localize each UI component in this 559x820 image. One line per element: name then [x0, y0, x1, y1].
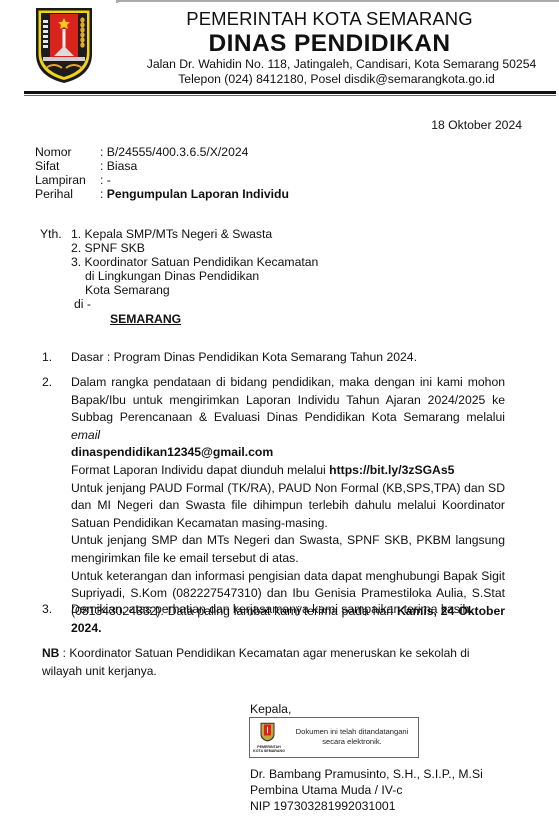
format-download-link[interactable]: https://bit.ly/3zSGAs5	[329, 463, 454, 477]
note-nb: NB : Koordinator Satuan Pendidikan Kecam…	[42, 644, 512, 680]
letterhead-contact: Telepon (024) 8412180, Posel disdik@sema…	[100, 72, 559, 87]
smp-line: Untuk jenjang SMP dan MTs Negeri dan Swa…	[71, 532, 505, 550]
email-label: email	[71, 428, 100, 442]
recipient-di: di -	[74, 297, 91, 311]
meta-label-perihal: Perihal	[35, 187, 73, 201]
contact-line: Untuk keterangan dan informasi pengisian…	[71, 568, 505, 586]
meta-label-lampiran: Lampiran	[35, 173, 86, 187]
meta-value-lampiran: : -	[100, 173, 111, 187]
paragraph-request: Dalam rangka pendataan di bidang pendidi…	[71, 374, 505, 638]
paragraph-closing: Demikian, atas perhatian dan kerjasamany…	[71, 601, 505, 619]
recipient-item-3-cont-1: di Lingkungan Dinas Pendidikan	[85, 269, 259, 283]
dasar-text: Dasar : Program Dinas Pendidikan Kota Se…	[71, 349, 505, 367]
stamp-text: Dokumen ini telah ditandatangani secara …	[290, 727, 414, 747]
recipient-item-3-cont-2: Kota Semarang	[85, 283, 170, 297]
item-number-3: 3.	[42, 601, 52, 619]
item-number-1: 1.	[42, 349, 52, 367]
request-line: Dalam rangka pendataan di bidang pendidi…	[71, 374, 505, 392]
request-line: Bapak/Ibu untuk mengirimkan Laporan Indi…	[71, 392, 505, 410]
recipient-salutation: Yth.	[40, 227, 62, 241]
letterhead-divider-thin	[24, 95, 556, 96]
page-top-border-corner	[116, 0, 118, 3]
paud-line: dan MI Negeri dan Swasta file dihimpun t…	[71, 497, 505, 515]
recipient-item-2: 2. SPNF SKB	[71, 241, 145, 255]
request-line-text: Subbag Perencanaan & Evaluasi Dinas Pend…	[71, 410, 505, 424]
meta-value-nomor: : B/24555/400.3.6.5/X/2024	[100, 145, 248, 159]
recipient-item-1: 1. Kepala SMP/MTs Negeri & Swasta	[71, 227, 272, 241]
page-top-border	[118, 0, 559, 2]
stamp-emblem-icon	[260, 721, 275, 743]
letterhead-address: Jalan Dr. Wahidin No. 118, Jatingaleh, C…	[100, 57, 559, 72]
letterhead-divider-thick	[24, 91, 556, 94]
recipient-item-3: 3. Koordinator Satuan Pendidikan Kecamat…	[71, 255, 318, 269]
submission-email[interactable]: dinaspendidikan12345@gmail.com	[71, 444, 505, 462]
deadline-year: 2024.	[71, 620, 505, 638]
meta-label-sifat: Sifat	[35, 159, 59, 173]
letter-date: 18 Oktober 2024	[431, 118, 522, 132]
stamp-caption: PEMERINTAH KOTA SEMARANG	[252, 745, 286, 753]
subject: Pengumpulan Laporan Individu	[107, 187, 289, 201]
paud-line: Untuk jenjang PAUD Formal (TK/RA), PAUD …	[71, 480, 505, 498]
letterhead-government: PEMERINTAH KOTA SEMARANG	[100, 8, 559, 30]
paud-line: Satuan Pendidikan Kecamatan masing-masin…	[71, 515, 505, 533]
format-text: Format Laporan Individu dapat diunduh me…	[71, 463, 329, 477]
meta-value-sifat: : Biasa	[100, 159, 137, 173]
format-line: Format Laporan Individu dapat diunduh me…	[71, 462, 505, 480]
signatory-nip: NIP 197303281992031001	[250, 797, 396, 815]
paragraph-dasar: Dasar : Program Dinas Pendidikan Kota Se…	[71, 349, 505, 367]
request-line: Subbag Perencanaan & Evaluasi Dinas Pend…	[71, 409, 505, 444]
meta-colon: :	[100, 187, 107, 201]
item-number-2: 2.	[42, 374, 52, 392]
recipient-city: SEMARANG	[110, 312, 181, 326]
semarang-city-emblem-icon	[34, 6, 94, 84]
letterhead: PEMERINTAH KOTA SEMARANG DINAS PENDIDIKA…	[100, 8, 559, 87]
smp-line: mengirimkan file ke email tersebut di at…	[71, 550, 505, 568]
nb-text: : Koordinator Satuan Pendidikan Kecamata…	[42, 646, 470, 678]
letterhead-agency: DINAS PENDIDIKAN	[100, 30, 559, 57]
signatory-title: Kepala,	[250, 700, 291, 718]
meta-value-perihal: : Pengumpulan Laporan Individu	[100, 187, 289, 201]
closing-text: Demikian, atas perhatian dan kerjasamany…	[71, 601, 505, 619]
nb-label: NB	[42, 646, 59, 660]
electronic-signature-stamp: PEMERINTAH KOTA SEMARANG Dokumen ini tel…	[249, 717, 419, 758]
meta-label-nomor: Nomor	[35, 145, 72, 159]
